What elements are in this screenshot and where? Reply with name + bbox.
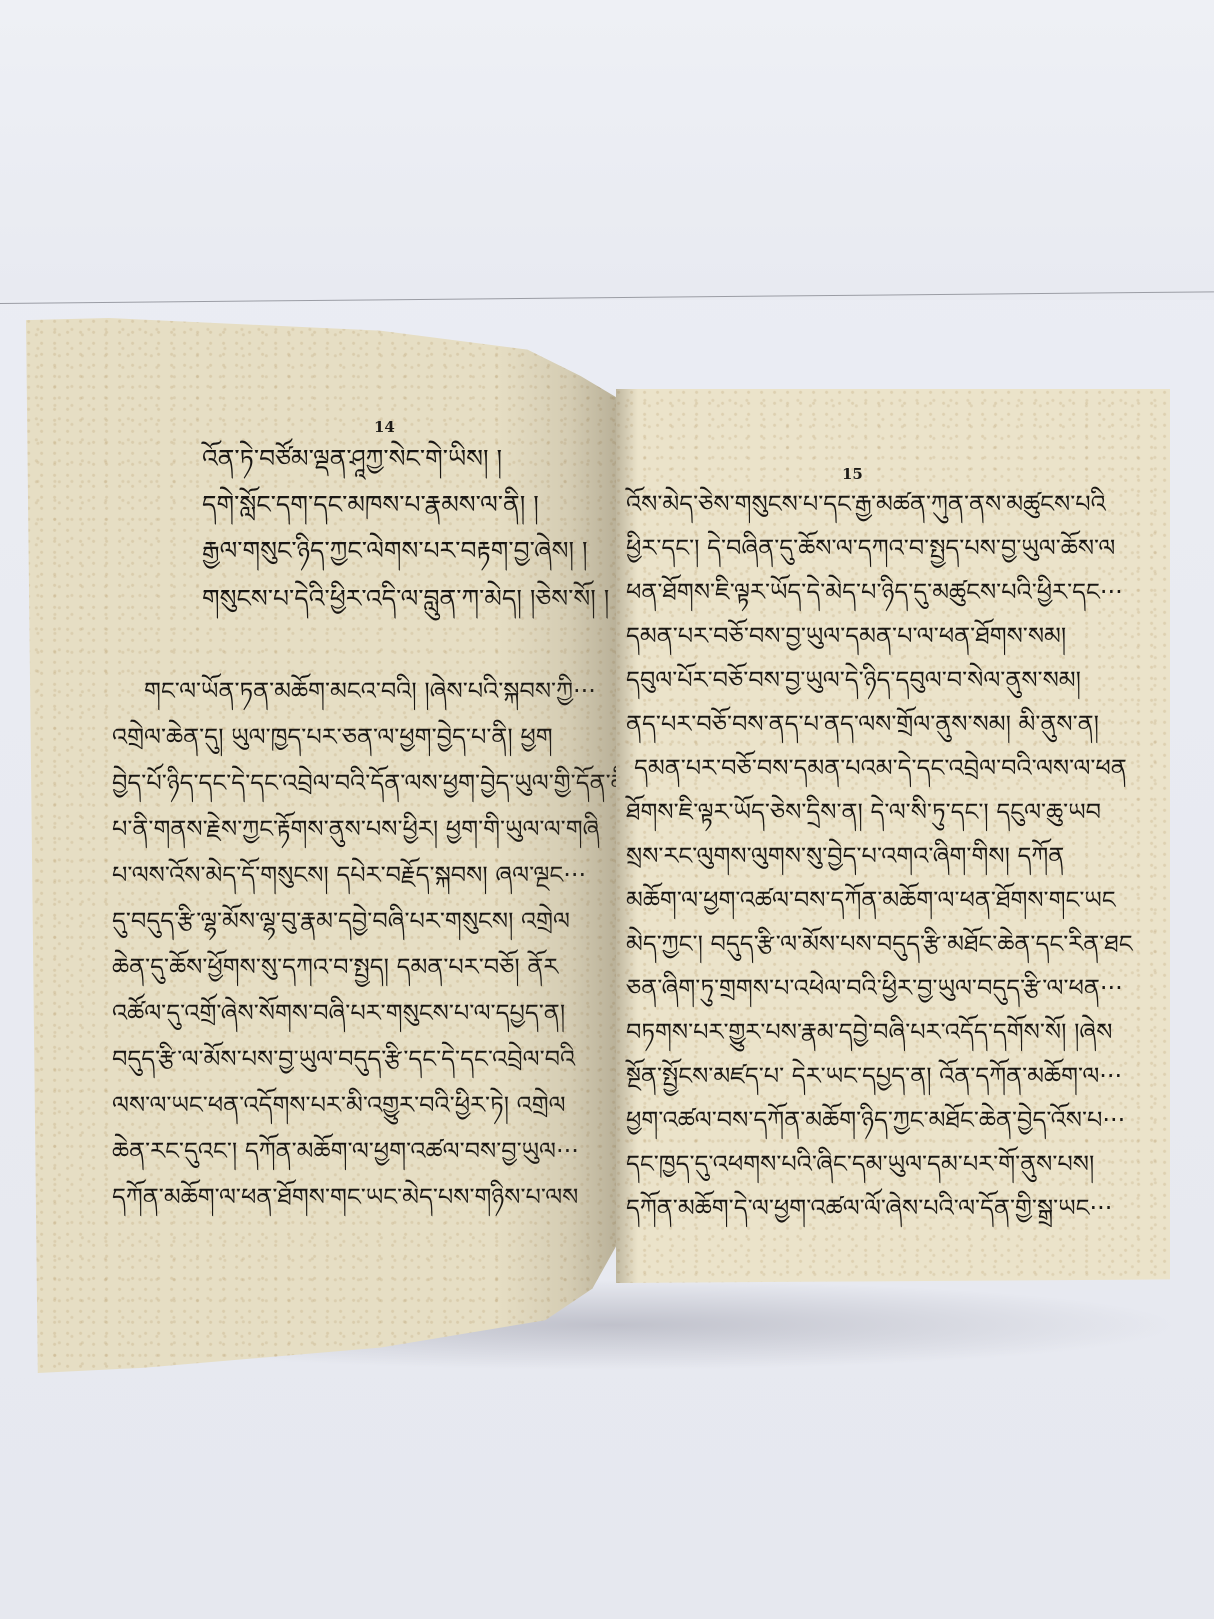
verse-line: རྒྱལ་གསུང་ཉིད་ཀྱང་ལེགས་པར་བརྟག་བྱ་ཞེས། །	[202, 536, 588, 566]
prose-line: མཆོག་ལ་ཕྱག་འཚལ་བས་དཀོན་མཆོག་ལ་ཕན་ཐོགས་གང…	[626, 885, 1116, 915]
verse-line: འོན་ཏེ་བཙོམ་ལྡན་ཤཱཀྱ་སེང་གེ་ཡིས། །	[202, 444, 502, 474]
verse-line: དགེ་སློང་དག་དང་མཁས་པ་རྣམས་ལ་ནི། །	[202, 490, 539, 520]
prose-line: དབུལ་པོར་བཅོ་བས་བྱ་ཡུལ་དེ་ཉིད་དབུལ་བ་སེལ…	[626, 665, 1081, 695]
prose-line: ཆེན་རང་དུའང་། དཀོན་མཆོག་ལ་ཕྱག་འཚལ་བས་བྱ་…	[112, 1136, 579, 1166]
prose-line: ལས་ལ་ཡང་ཕན་འདོགས་པར་མི་འགྱུར་བའི་ཕྱིར་ཏེ…	[112, 1090, 566, 1120]
page-number: 14	[374, 418, 395, 436]
table-surface-top	[0, 0, 1214, 300]
prose-line: སྲས་རང་ལུགས་ལུགས་སུ་བྱེད་པ་འགའ་ཞིག་གིས། …	[626, 841, 1064, 871]
prose-line: པ་ལས་འོས་མེད་དོ་གསུངས། དཔེར་བརྗོད་སྐབས། …	[112, 860, 586, 890]
prose-line: བྱེད་པོ་ཉིད་དང་དེ་དང་འབྲེལ་བའི་དོན་ལས་ཕྱ…	[112, 768, 628, 798]
prose-line: ཕན་ཐོགས་ཇི་ལྟར་ཡོད་དེ་མེད་པ་ཉིད་དུ་མཚུངས…	[626, 577, 1123, 607]
prose-line: པ་ནི་གནས་རྗེས་ཀྱང་རྟོགས་ནུས་པས་ཕྱིར། ཕྱག…	[112, 814, 599, 844]
prose-line: སྔོན་སྤྱོངས་མཛད་པ་ དེར་ཡང་དཔྱད་ན། འོན་དཀ…	[626, 1061, 1122, 1091]
prose-line: དཀོན་མཆོག་ལ་ཕན་ཐོགས་གང་ཡང་མེད་པས་གཉིས་པ་…	[112, 1182, 578, 1212]
prose-line: འོས་མེད་ཅེས་གསུངས་པ་དང་རྒྱ་མཚན་ཀུན་ནས་མཚ…	[626, 489, 1106, 519]
prose-line: འཚོལ་དུ་འགྲོ་ཞེས་སོགས་བཞི་པར་གསུངས་པ་ལ་ད…	[112, 998, 565, 1028]
prose-line: ཅན་ཞིག་ཏུ་གྲགས་པ་འཕེལ་བའི་ཕྱིར་བྱ་ཡུལ་བད…	[626, 973, 1123, 1003]
left-page: 14 འོན་ཏེ་བཙོམ་ལྡན་ཤཱཀྱ་སེང་གེ་ཡིས། ། དག…	[26, 318, 616, 1373]
prose-line: འགྲེལ་ཆེན་དུ། ཡུལ་ཁྱད་པར་ཅན་ལ་ཕྱག་བྱེད་པ…	[112, 722, 553, 752]
prose-line: དུ་བདུད་རྩི་ལྷ་མོས་ལྷ་བུ་རྣམ་དབྱེ་བཞི་པར…	[112, 906, 570, 936]
prose-line: ཆེན་དུ་ཆོས་ཕྱོགས་སུ་དཀའ་བ་སྤྱད། དམན་པར་བ…	[112, 952, 558, 982]
prose-line: དང་ཁྱད་དུ་འཕགས་པའི་ཞིང་དམ་ཡུལ་དམ་པར་གོ་ན…	[626, 1149, 1094, 1179]
prose-line: བདུད་རྩི་ལ་མོས་པས་བྱ་ཡུལ་བདུད་རྩི་དང་དེ་…	[112, 1044, 575, 1074]
right-page: 15 འོས་མེད་ཅེས་གསུངས་པ་དང་རྒྱ་མཚན་ཀུན་ནས…	[616, 389, 1170, 1283]
prose-line: ནད་པར་བཅོ་བས་ནད་པ་ནད་ལས་གྲོལ་ནུས་སམ། མི་…	[626, 709, 1099, 739]
page-number: 15	[842, 465, 863, 483]
prose-line: དམན་པར་བཅོ་བས་བྱ་ཡུལ་དམན་པ་ལ་ཕན་ཐོགས་སམ།	[626, 621, 1066, 651]
prose-line: ཕྱིར་དང་། དེ་བཞིན་དུ་ཆོས་ལ་དཀའ་བ་སྤྱད་པས…	[626, 533, 1115, 563]
prose-line: ཐོགས་ཇི་ལྟར་ཡོད་ཅེས་དྲིས་ན། དེ་ལ་སི་ཏུ་ད…	[626, 797, 1101, 827]
prose-line: ཕྱག་འཚལ་བས་དཀོན་མཆོག་ཉིད་ཀྱང་མཐོང་ཆེན་བྱ…	[626, 1105, 1125, 1135]
verse-line: གསུངས་པ་དེའི་ཕྱིར་འདི་ལ་བླུན་ཀ་མེད། །ཅེས…	[202, 584, 609, 614]
prose-line: བཏགས་པར་གྱུར་པས་རྣམ་དབྱེ་བཞི་པར་འདོད་དགོ…	[626, 1017, 1112, 1047]
prose-line: དཀོན་མཆོག་དེ་ལ་ཕྱག་འཚལ་ལོ་ཞེས་པའི་ལ་དོན་…	[626, 1193, 1112, 1223]
prose-line: མེད་ཀྱང་། བདུད་རྩི་ལ་མོས་པས་བདུད་རྩི་མཐོ…	[626, 929, 1133, 959]
prose-line: དམན་པར་བཅོ་བས་དམན་པའམ་དེ་དང་འབྲེལ་བའི་ལས…	[634, 753, 1127, 783]
prose-line: གང་ལ་ཡོན་ཏན་མཆོག་མངའ་བའི། །ཞེས་པའི་སྐབས་…	[144, 676, 596, 706]
